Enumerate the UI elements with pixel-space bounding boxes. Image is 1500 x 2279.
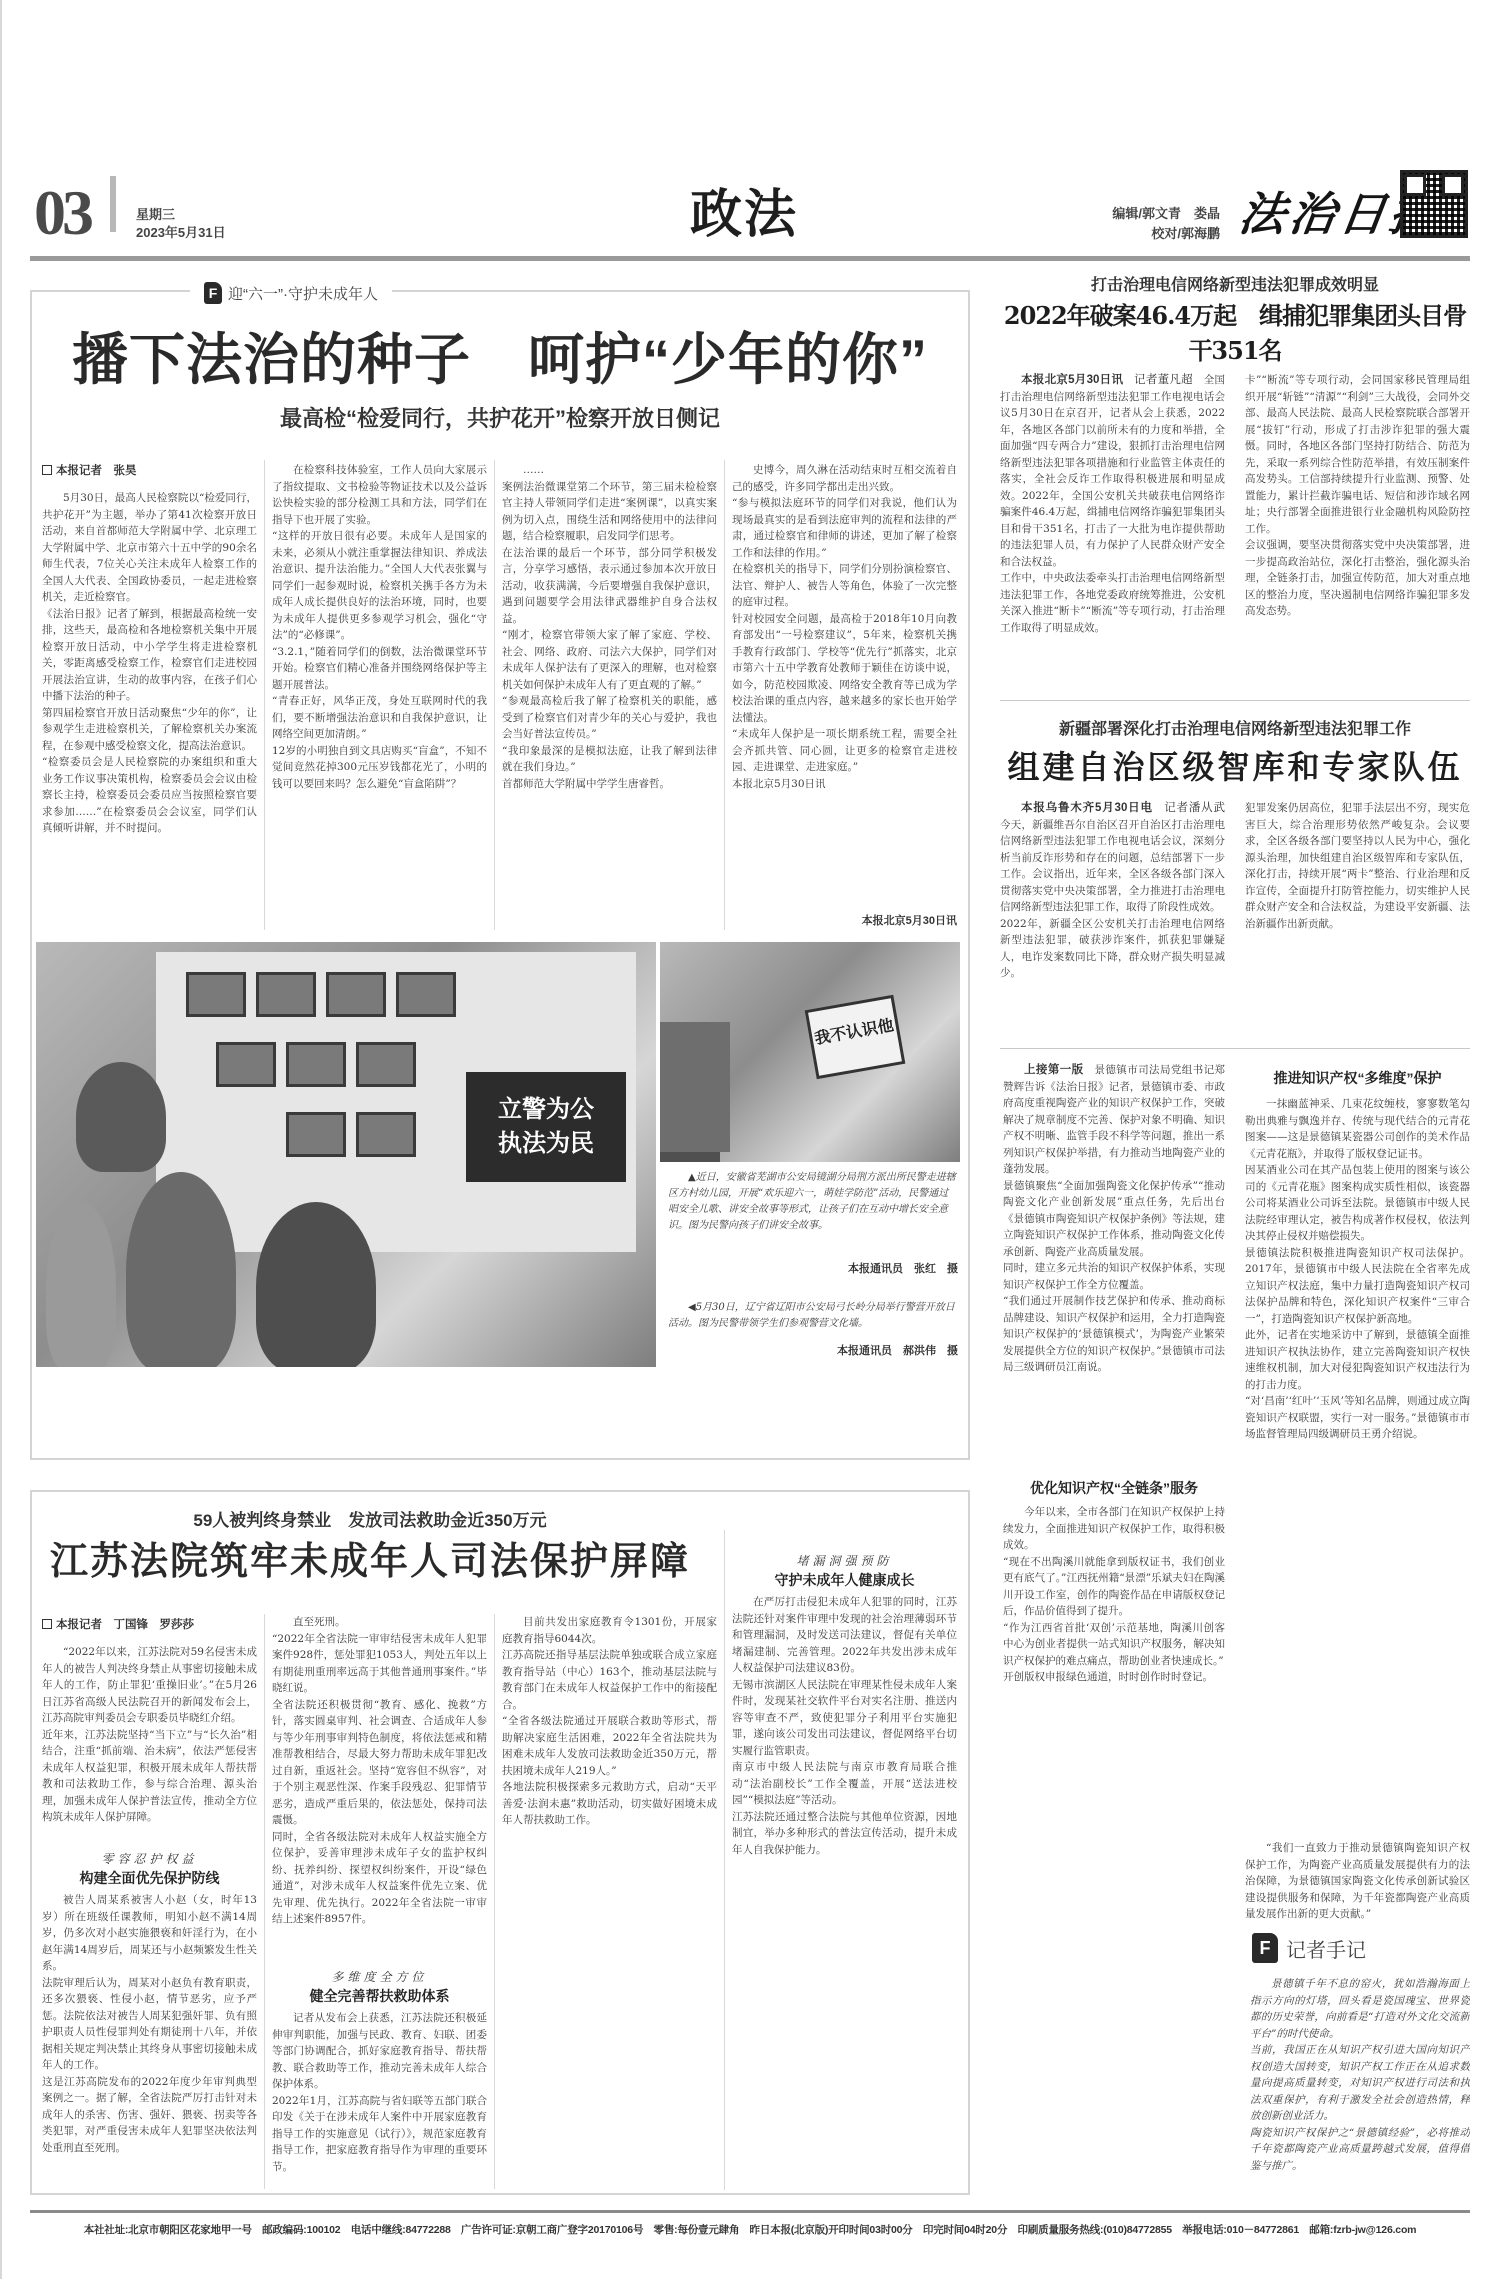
page-number: 03 <box>34 178 90 248</box>
weekday: 星期三 <box>136 204 175 223</box>
page-number-divider <box>110 176 116 232</box>
page-edge <box>0 0 2 2279</box>
main-story-signoff: 本报北京5月30日讯 <box>732 912 957 928</box>
main-story-kicker: F 迎“六一”·守护未成年人 <box>190 280 392 306</box>
jingdezhen-subhead-dimension: 推进知识产权“多维度”保护 <box>1245 1068 1470 1088</box>
editor-credits: 编辑/郭文青 娄晶 校对/郭海鹏 <box>1090 204 1220 244</box>
photo-frame <box>396 972 456 1017</box>
jiangsu-column-1b: 被告人周某系被害人小赵（女，时年13岁）所在班级任课教师，明知小赵不满14周岁，… <box>42 1892 257 2187</box>
photo-person <box>660 1152 720 1162</box>
xinjiang-body-1: 今天，新疆维吾尔自治区召开自治区打击治理电信网络新型违法犯罪工作电视电话会议，深… <box>1000 819 1225 980</box>
telecom-kicker: 打击治理电信网络新型违法犯罪成效明显 <box>1000 272 1470 295</box>
main-byline: 本报记者 张昊 <box>42 462 137 478</box>
issue-date: 2023年5月31日 <box>136 222 226 241</box>
jiangsu-column-1a: “2022年以来，江苏法院对59名侵害未成年人的被告人判决终身禁止从事密切接触未… <box>42 1644 257 1844</box>
byline-box-icon <box>42 465 52 475</box>
column-divider <box>494 460 495 930</box>
column-divider <box>264 1614 265 2189</box>
telecom-column-1: 本报北京5月30日讯 记者董凡超 全国打击治理电信网络新型违法犯罪工作电视电话会… <box>1000 372 1225 682</box>
fazhi-f-icon: F <box>204 282 222 304</box>
byline-text: 本报记者 张昊 <box>56 465 137 477</box>
main-story-column-4: 史博今，周久淋在活动结束时互相交流着自己的感受，许多同学都出走出兴致。 “参与模… <box>732 462 957 902</box>
photo-person <box>76 1062 166 1172</box>
photo-right-caption: ▲近日，安徽省芜湖市公安局镜湖分局荆方派出所民警走进辖区方村幼儿园，开展“欢乐迎… <box>668 1170 958 1234</box>
reporter-notes-title: 记者手记 <box>1286 1934 1366 1963</box>
main-subheadline: 最高检“检爱同行，共护花开”检察开放日侧记 <box>40 402 960 433</box>
xinjiang-column-1: 本报乌鲁木齐5月30日电 记者潘从武 今天，新疆维吾尔自治区召开自治区打击治理电… <box>1000 800 1225 1035</box>
xinjiang-reporter: 记者潘从武 <box>1164 802 1225 814</box>
telecom-headline[interactable]: 2022年破案46.4万起 缉捕犯罪集团头目骨干351名 <box>1000 296 1470 366</box>
photo-left-credit: 本报通讯员 郝洪伟 摄 <box>668 1342 958 1358</box>
main-story-column-3: …… 案例法治微课堂第二个环节，第三届未检检察官主持人带领同学们走进“案例课”，… <box>502 462 717 930</box>
jiangsu-section-kicker-3: 堵漏洞强预防 <box>732 1552 957 1569</box>
jiangsu-section-title-2: 健全完善帮扶救助体系 <box>272 1986 487 2006</box>
jiangsu-section-title-1: 构建全面优先保护防线 <box>42 1868 257 1888</box>
byline-box-icon <box>42 1619 52 1629</box>
photo-frame <box>286 1112 346 1157</box>
main-story-column-2: 在检察科技体验室，工作人员向大家展示了指纹提取、文书检验等物证技术以及公益诉讼快… <box>272 462 487 930</box>
photo-person <box>660 1022 730 1152</box>
jiangsu-section-kicker-2: 多维度全方位 <box>272 1968 487 1985</box>
telecom-dateline: 本报北京5月30日讯 <box>1021 374 1123 386</box>
photo-person <box>46 1202 116 1367</box>
photo-frame <box>216 1042 276 1087</box>
jingdezhen-column-2: 今年以来，全市各部门在知识产权保护上持续发力，全面推进知识产权保护工作，取得积极… <box>1003 1504 1225 2194</box>
section-rule <box>1000 700 1470 701</box>
photo-left-caption: ◀5月30日，辽宁省辽阳市公安局弓长岭分局举行警营开放日活动。图为民警带领学生们… <box>668 1300 958 1332</box>
xinjiang-kicker: 新疆部署深化打击治理电信网络新型违法犯罪工作 <box>1000 716 1470 739</box>
reporter-notes-body: 景德镇千年不息的窑火，犹如浩瀚海面上指示方向的灯塔，回头看是瓷国瑰宝、世界瓷都的… <box>1250 1976 1470 2196</box>
publisher-footer: 本社社址:北京市朝阳区花家地甲一号 邮政编码:100102 电话中继线:8477… <box>30 2222 1470 2237</box>
photo-frame <box>186 972 246 1017</box>
jingdezhen-column-1: 上接第一版 景德镇市司法局党组书记郑赞辉告诉《法治日报》记者，景德镇市委、市政府… <box>1003 1062 1225 1462</box>
photo-frame <box>356 1112 416 1157</box>
header-rule <box>30 256 1470 261</box>
photo-police-culture-wall[interactable]: 立警为公 执法为民 <box>36 942 656 1367</box>
telecom-column-2: 卡”“断流”等专项行动，会同国家移民管理局组织开展“斩链”“清源”“利剑”三大战… <box>1245 372 1470 682</box>
jiangsu-column-4-top <box>732 1500 957 1540</box>
kicker-text: 迎“六一”·守护未成年人 <box>228 283 378 304</box>
section-rule <box>1000 1048 1470 1049</box>
jingdezhen-column-3: 一抹幽蓝神采、几束花纹缠枝，寥寥数笔勾勒出典雅与飘逸并存、传统与现代结合的元青花… <box>1245 1096 1470 1786</box>
main-story-column-1: 5月30日，最高人民检察院以“检爱同行，共护花开”为主题，举办了第41次检察开放… <box>42 490 257 930</box>
main-headline[interactable]: 播下法治的种子 呵护“少年的你” <box>40 316 960 396</box>
jiangsu-headline[interactable]: 江苏法院筑牢未成年人司法保护屏障 <box>40 1530 700 1585</box>
fazhi-f-icon: F <box>1252 1933 1278 1963</box>
telecom-body-1: 全国打击治理电信网络新型违法犯罪工作电视电话会议5月30日在京召开，记者从会上获… <box>1000 374 1225 634</box>
column-divider <box>264 460 265 930</box>
photo-kindergarten-safety[interactable]: 我不认识他 <box>660 942 960 1162</box>
column-divider <box>724 460 725 930</box>
jiangsu-kicker: 59人被判终身禁业 发放司法救助金近350万元 <box>40 1506 700 1531</box>
photo-right-credit: 本报通讯员 张红 摄 <box>668 1260 958 1276</box>
photo-frame <box>286 1042 346 1087</box>
continuation-label[interactable]: 上接第一版 <box>1024 1064 1084 1076</box>
jiangsu-section-title-3: 守护未成年人健康成长 <box>732 1570 957 1590</box>
reporter-notes-header: F 记者手记 <box>1252 1933 1366 1963</box>
photo-frame <box>356 1042 416 1087</box>
photo-person <box>126 1172 236 1367</box>
xinjiang-headline[interactable]: 组建自治区级智库和专家队伍 <box>1000 742 1470 788</box>
jiangsu-column-4: 在严厉打击侵犯未成年人犯罪的同时，江苏法院还针对案件审理中发现的社会治理薄弱环节… <box>732 1594 957 2189</box>
photo-banner: 立警为公 执法为民 <box>466 1072 626 1182</box>
xinjiang-column-2: 犯罪发案仍居高位，犯罪手法层出不穷，现实危害巨大，综合治理形势依然严峻复杂。会议… <box>1245 800 1470 1035</box>
photo-sign: 我不认识他 <box>805 995 906 1080</box>
footer-rule <box>30 2210 1470 2213</box>
byline-text: 本报记者 丁国锋 罗莎莎 <box>56 1619 194 1631</box>
jiangsu-column-2a: 直至死刑。 “2022年全省法院一审审结侵害未成年人犯罪案件928件，惩处罪犯1… <box>272 1614 487 1964</box>
jiangsu-column-3: 目前共发出家庭教育令1301份，开展家庭教育指导6044次。 江苏高院还指导基层… <box>502 1614 717 2189</box>
photo-person <box>660 942 720 1022</box>
telecom-reporter: 记者董凡超 <box>1134 374 1193 386</box>
column-divider <box>724 1530 725 2190</box>
photo-frame <box>326 972 386 1017</box>
photo-person <box>256 1202 376 1367</box>
editors: 编辑/郭文青 娄晶 <box>1090 204 1220 224</box>
jiangsu-section-kicker-1: 零容忍护权益 <box>42 1850 257 1867</box>
jiangsu-byline: 本报记者 丁国锋 罗莎莎 <box>42 1616 194 1632</box>
proofreader: 校对/郭海鹏 <box>1090 224 1220 244</box>
photo-frame <box>256 972 316 1017</box>
qr-code-icon[interactable] <box>1400 170 1468 238</box>
section-title: 政法 <box>690 172 798 247</box>
xinjiang-dateline: 本报乌鲁木齐5月30日电 <box>1021 802 1153 814</box>
jingdezhen-subhead-chain: 优化知识产权“全链条”服务 <box>1003 1478 1225 1498</box>
jiangsu-column-2b: 记者从发布会上获悉，江苏法院还积极延伸审判职能，加强与民政、教育、妇联、团委等部… <box>272 2010 487 2188</box>
column-divider <box>494 1614 495 2189</box>
jingdezhen-column-3-end: “我们一直致力于推动景德镇陶瓷知识产权保护工作，为陶瓷产业高质量发展提供有力的法… <box>1245 1840 1470 1920</box>
jingdezhen-body-1: 景德镇市司法局党组书记郑赞辉告诉《法治日报》记者，景德镇市委、市政府高度重视陶瓷… <box>1003 1064 1225 1373</box>
